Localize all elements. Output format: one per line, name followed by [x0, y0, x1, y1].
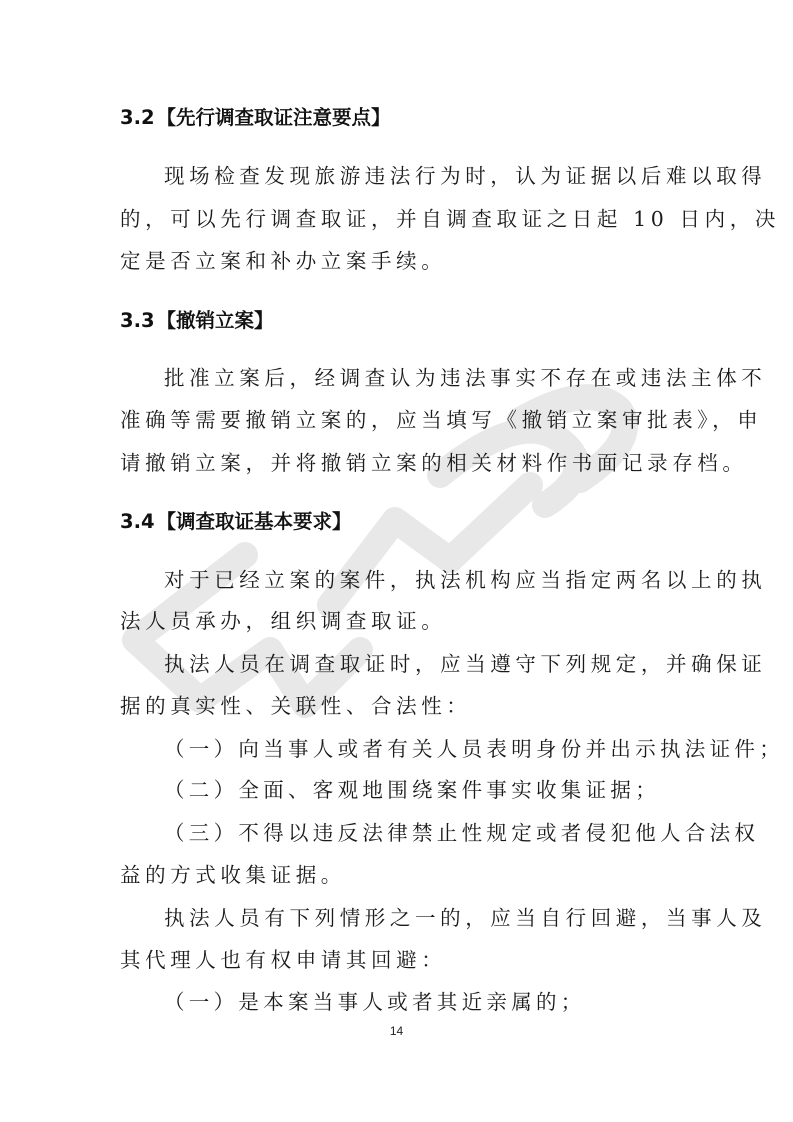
paragraph-line: 定是否立案和补办立案手续。 [120, 246, 680, 276]
section-title: 【撤销立案】 [157, 309, 274, 332]
paragraph-line: 现场检查发现旅游违法行为时，认为证据以后难以取得 [164, 161, 724, 191]
paragraph-line: 请撤销立案，并将撤销立案的相关材料作书面记录存档。 [120, 448, 680, 478]
section-number: 3.2 [120, 106, 155, 129]
paragraph-line: 批准立案后，经调查认为违法事实不存在或违法主体不 [164, 363, 724, 393]
section-title: 【先行调查取证注意要点】 [157, 106, 391, 129]
paragraph-line: 执法人员有下列情形之一的，应当自行回避，当事人及 [164, 903, 724, 933]
page-number: 14 [0, 1024, 793, 1038]
section-heading-3-4: 3.4【调查取证基本要求】 [120, 507, 352, 537]
paragraph-line: 法人员承办，组织调查取证。 [120, 606, 680, 636]
list-item: （一）向当事人或者有关人员表明身份并出示执法证件； [164, 734, 724, 764]
section-number: 3.3 [120, 309, 155, 332]
section-title: 【调查取证基本要求】 [157, 510, 352, 533]
list-item: （二）全面、客观地围绕案件事实收集证据； [164, 775, 724, 805]
paragraph-line: 准确等需要撤销立案的，应当填写《撤销立案审批表》，申 [120, 405, 680, 435]
paragraph-line: 益的方式收集证据。 [120, 860, 680, 890]
paragraph-line: 执法人员在调查取证时，应当遵守下列规定，并确保证 [164, 649, 724, 679]
section-number: 3.4 [120, 510, 155, 533]
paragraph-line: 其代理人也有权申请其回避： [120, 945, 680, 975]
paragraph-line: 的，可以先行调查取证，并自调查取证之日起 10 日内，决 [120, 204, 680, 234]
paragraph-line: 对于已经立案的案件，执法机构应当指定两名以上的执 [164, 565, 724, 595]
section-heading-3-3: 3.3【撤销立案】 [120, 306, 274, 336]
list-item: （三）不得以违反法律禁止性规定或者侵犯他人合法权 [164, 818, 724, 848]
section-heading-3-2: 3.2【先行调查取证注意要点】 [120, 103, 391, 133]
list-item: （一）是本案当事人或者其近亲属的； [164, 987, 724, 1017]
paragraph-line: 据的真实性、关联性、合法性： [120, 691, 680, 721]
